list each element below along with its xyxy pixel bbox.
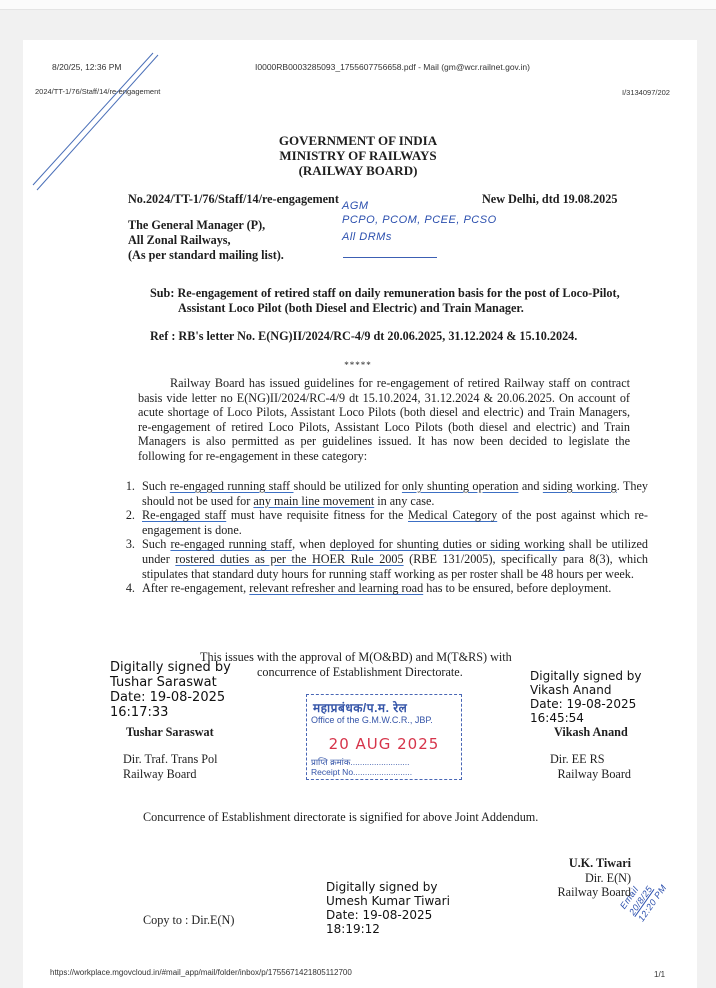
viewer-top-bar <box>0 0 716 10</box>
body-paragraph: Railway Board has issued guidelines for … <box>138 376 630 464</box>
letter-place-date: New Delhi, dtd 19.08.2025 <box>482 192 617 207</box>
file-ref-left: 2024/TT-1/76/Staff/14/re-engagement <box>35 87 160 96</box>
approval-line-2: concurrence of Establishment Directorate… <box>257 665 463 680</box>
subject: Sub: Re-engagement of retired staff on d… <box>150 286 635 316</box>
signatory-left-name: Tushar Saraswat <box>126 725 214 740</box>
handwritten-marking: AGM PCPO, PCOM, PCEE, PCSO All DRMs <box>342 199 497 244</box>
digital-signature-right: Digitally signed by Vikash Anand Date: 1… <box>530 669 642 725</box>
print-document-title: I0000RB0003285093_1755607756658.pdf - Ma… <box>255 62 530 72</box>
signatory-right-name: Vikash Anand <box>554 725 628 740</box>
handwritten-underline <box>343 257 437 258</box>
signatory-left-title: Dir. Traf. Trans Pol Railway Board <box>123 752 218 782</box>
pen-underline-text: re-engaged running staff <box>170 479 294 493</box>
print-timestamp: 8/20/25, 12:36 PM <box>52 62 121 72</box>
pen-underline-text: re-engaged running staff <box>170 537 292 551</box>
guideline-point: Such re-engaged running staff, when depl… <box>138 537 648 581</box>
pen-underline-text: Re-engaged staff <box>142 508 226 522</box>
addressee: The General Manager (P), All Zonal Railw… <box>128 218 284 263</box>
pen-underline-text: siding working <box>543 479 617 493</box>
receipt-stamp: महाप्रबंधक/प.म. रेल Office of the G.M.W.… <box>306 694 462 780</box>
stamp-date: 20 AUG 2025 <box>307 735 461 753</box>
letterhead-line-3: (RAILWAY BOARD) <box>0 163 716 178</box>
guidelines-list: Such re-engaged running staff should be … <box>120 479 648 596</box>
print-page-number: 1/1 <box>654 970 665 979</box>
pen-underline-text: Medical Category <box>408 508 497 522</box>
digital-signature-left: Digitally signed by Tushar Saraswat Date… <box>110 660 231 720</box>
letterhead-line-1: GOVERNMENT OF INDIA <box>0 133 716 148</box>
guideline-point: Such re-engaged running staff should be … <box>138 479 648 508</box>
signatory-right-title: Dir. EE RS Railway Board <box>550 752 631 782</box>
signatory-bottom: U.K. Tiwari Dir. E(N) Railway Board <box>540 856 631 900</box>
print-footer-url: https://workplace.mgovcloud.in/#mail_app… <box>50 968 352 977</box>
pen-underline-text: rostered duties as per the HOER Rule 200… <box>175 552 403 566</box>
approval-line-1: This issues with the approval of M(O&BD)… <box>200 650 512 665</box>
letterhead-line-2: MINISTRY OF RAILWAYS <box>0 148 716 163</box>
reference: Ref : RB's letter No. E(NG)II/2024/RC-4/… <box>150 329 577 344</box>
file-ref-right: I/3134097/202 <box>622 88 670 97</box>
letterhead: GOVERNMENT OF INDIA MINISTRY OF RAILWAYS… <box>0 133 716 178</box>
guideline-point: After re-engagement, relevant refresher … <box>138 581 648 596</box>
pen-underline-text: deployed for shunting duties or siding w… <box>330 537 565 551</box>
pen-underline-text: relevant refresher and learning road <box>249 581 423 595</box>
guideline-point: Re-engaged staff must have requisite fit… <box>138 508 648 537</box>
digital-signature-bottom: Digitally signed by Umesh Kumar Tiwari D… <box>326 880 450 936</box>
concurrence-note: Concurrence of Establishment directorate… <box>143 810 538 825</box>
separator: ***** <box>0 360 716 370</box>
letter-number: No.2024/TT-1/76/Staff/14/re-engagement <box>128 192 339 207</box>
pen-underline-text: any main line movement <box>253 494 374 508</box>
pen-underline-text: only shunting operation <box>402 479 519 493</box>
copy-to: Copy to : Dir.E(N) <box>143 913 234 928</box>
